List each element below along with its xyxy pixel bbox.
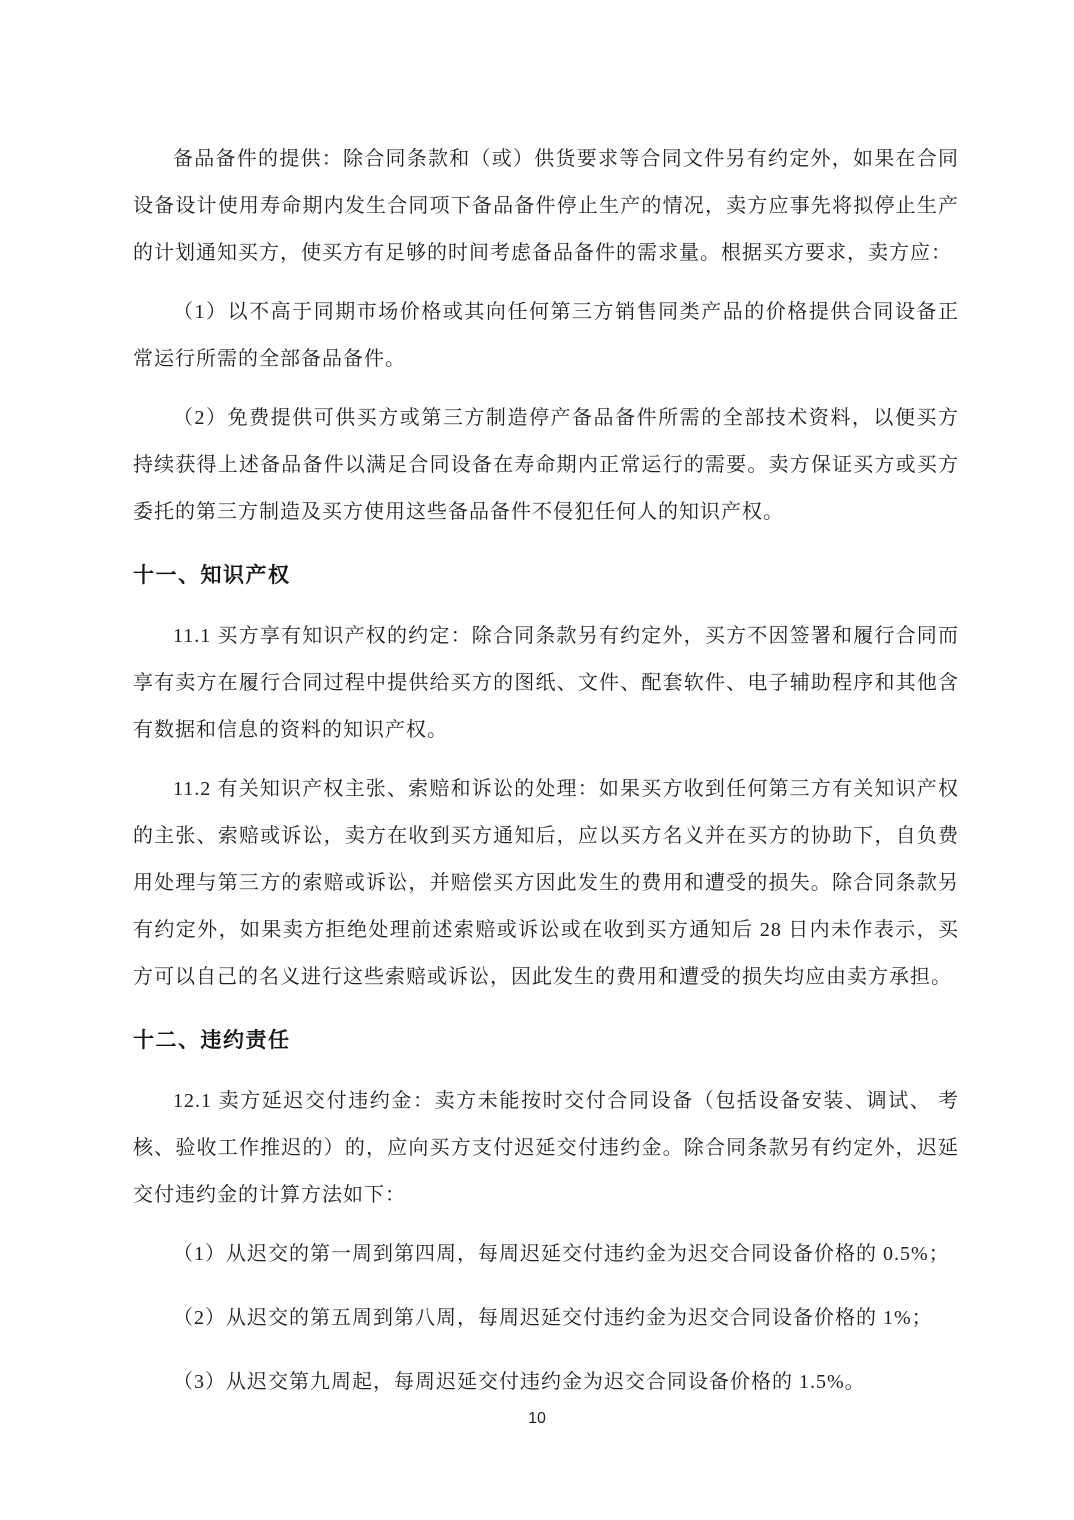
paragraph-11-1: 11.1 买方享有知识产权的约定：除合同条款另有约定外，买方不因签署和履行合同而… (133, 613, 959, 754)
paragraph-12-1: 12.1 卖方延迟交付违约金：卖方未能按时交付合同设备（包括设备安装、调试、 考… (133, 1078, 959, 1219)
list-item-late-delivery-2: （2）从迟交的第五周到第八周，每周迟延交付违约金为迟交合同设备价格的 1%； (133, 1295, 959, 1342)
section-heading-11-intellectual-property: 十一、知识产权 (133, 552, 959, 599)
section-heading-12-breach-liability: 十二、违约责任 (133, 1017, 959, 1064)
paragraph-spare-parts-item-2: （2）免费提供可供买方或第三方制造停产备品备件所需的全部技术资料，以便买方持续获… (133, 395, 959, 536)
document-body: 备品备件的提供：除合同条款和（或）供货要求等合同文件另有约定外，如果在合同设备设… (133, 136, 959, 1423)
paragraph-spare-parts-intro: 备品备件的提供：除合同条款和（或）供货要求等合同文件另有约定外，如果在合同设备设… (133, 136, 959, 277)
document-page: 备品备件的提供：除合同条款和（或）供货要求等合同文件另有约定外，如果在合同设备设… (0, 0, 1074, 1520)
list-item-late-delivery-3: （3）从迟交第九周起，每周迟延交付违约金为迟交合同设备价格的 1.5%。 (133, 1359, 959, 1406)
paragraph-11-2: 11.2 有关知识产权主张、索赔和诉讼的处理：如果买方收到任何第三方有关知识产权… (133, 766, 959, 1001)
list-item-late-delivery-1: （1）从迟交的第一周到第四周，每周迟延交付违约金为迟交合同设备价格的 0.5%； (133, 1231, 959, 1278)
page-number: 10 (0, 1410, 1074, 1428)
paragraph-spare-parts-item-1: （1）以不高于同期市场价格或其向任何第三方销售同类产品的价格提供合同设备正常运行… (133, 289, 959, 383)
